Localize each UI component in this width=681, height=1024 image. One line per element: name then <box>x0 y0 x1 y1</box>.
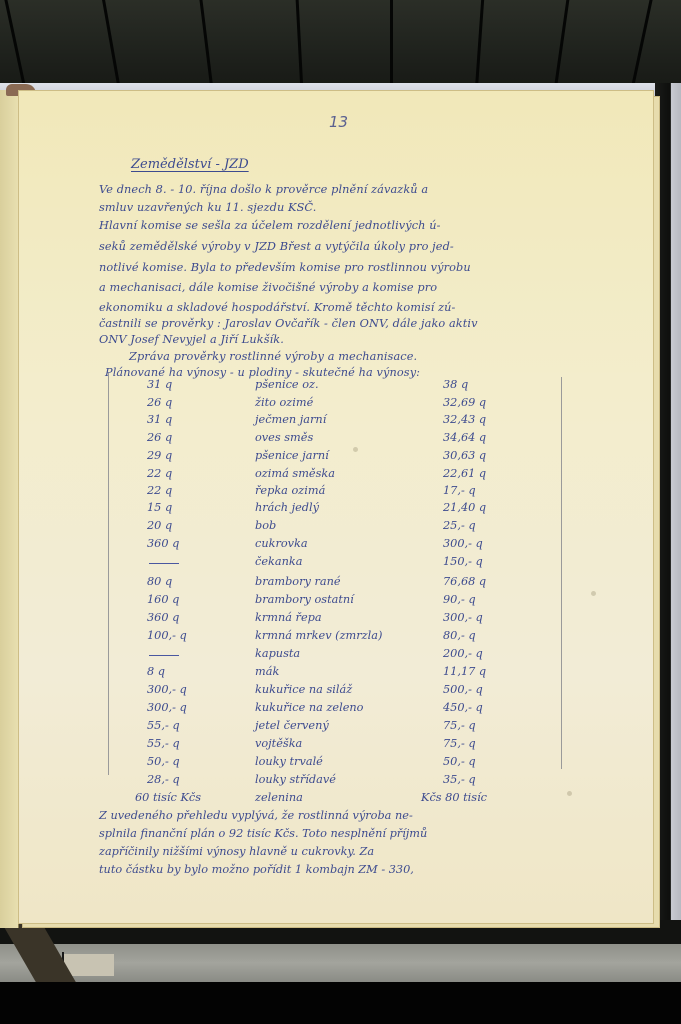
crop-name: pšenice oz. <box>255 378 455 391</box>
crop-name: žito ozimé <box>255 396 455 409</box>
planned-yield: 31 q <box>147 413 207 426</box>
crop-name: ječmen jarní <box>255 413 455 426</box>
planned-yield: 360 q <box>147 537 207 550</box>
intro-line: ekonomiku a skladové hospodářství. Kromě… <box>99 301 455 314</box>
table-row: 28,- qlouky střídavé35,- q <box>19 773 619 791</box>
intro-line: ONV Josef Nevyjel a Jiří Lukšík. <box>99 333 284 346</box>
actual-yield: 75,- q <box>443 719 523 732</box>
actual-yield: 34,64 q <box>443 431 523 444</box>
planned-yield: 100,- q <box>147 629 207 642</box>
ceiling-slat <box>295 0 304 86</box>
actual-yield: 50,- q <box>443 755 523 768</box>
empty-plan-dash <box>149 563 179 564</box>
ceiling-slat <box>552 0 570 86</box>
crop-name: brambory rané <box>255 575 455 588</box>
paper-stain <box>591 591 596 596</box>
paper-stain <box>567 791 572 796</box>
closing-line: tuto částku by bylo možno pořídit 1 komb… <box>99 863 414 876</box>
ceiling-slat <box>474 0 485 86</box>
table-row: 31 qpšenice oz.38 q <box>19 378 619 396</box>
planned-yield: 26 q <box>147 396 207 409</box>
actual-yield: 22,61 q <box>443 467 523 480</box>
table-row: 55,- qvojtěška75,- q <box>19 737 619 755</box>
page-number: 13 <box>329 113 348 131</box>
planned-yield: 29 q <box>147 449 207 462</box>
crop-name: jetel červený <box>255 719 455 732</box>
report-heading: Zpráva prověrky rostlinné výroby a mecha… <box>129 350 417 363</box>
actual-yield: 200,- q <box>443 647 523 660</box>
crop-name: kukuřice na siláž <box>255 683 455 696</box>
planned-yield: 26 q <box>147 431 207 444</box>
crop-name: ozimá směska <box>255 467 455 480</box>
intro-line: smluv uzavřených ku 11. sjezdu KSČ. <box>99 201 316 214</box>
table-row: 300,- qkukuřice na zeleno450,- q <box>19 701 619 719</box>
planned-yield: 22 q <box>147 467 207 480</box>
table-row: 20 qbob25,- q <box>19 519 619 537</box>
intro-line: Ve dnech 8. - 10. října došlo k prověrce… <box>99 183 428 196</box>
table-row: kapusta200,- q <box>19 647 619 665</box>
actual-yield: 30,63 q <box>443 449 523 462</box>
table-row: 50,- qlouky trvalé50,- q <box>19 755 619 773</box>
crop-name: hrách jedlý <box>255 501 455 514</box>
table-row: 8 qmák11,17 q <box>19 665 619 683</box>
actual-yield: 11,17 q <box>443 665 523 678</box>
closing-line: Z uvedeného přehledu vyplývá, že rostlin… <box>99 809 413 822</box>
planned-yield: 160 q <box>147 593 207 606</box>
actual-yield: 80,- q <box>443 629 523 642</box>
background-floor <box>0 982 681 1024</box>
actual-yield: 300,- q <box>443 611 523 624</box>
crop-name: mák <box>255 665 455 678</box>
actual-yield: 90,- q <box>443 593 523 606</box>
crop-name: louky střídavé <box>255 773 455 786</box>
paper-stain <box>353 447 358 452</box>
crop-name: brambory ostatní <box>255 593 455 606</box>
table-row: 360 qcukrovka300,- q <box>19 537 619 555</box>
intro-line: Hlavní komise se sešla za účelem rozděle… <box>99 219 441 232</box>
empty-plan-dash <box>149 655 179 656</box>
planned-yield: 360 q <box>147 611 207 624</box>
closing-line: zapříčinily nižšími výnosy hlavně u cukr… <box>99 845 374 858</box>
actual-yield: 38 q <box>443 378 523 391</box>
planned-yield: 60 tisíc Kčs <box>135 791 195 804</box>
planned-yield: 55,- q <box>147 737 207 750</box>
table-row: 31 qječmen jarní32,43 q <box>19 413 619 431</box>
planned-yield: 22 q <box>147 484 207 497</box>
crop-name: bob <box>255 519 455 532</box>
actual-yield: 32,69 q <box>443 396 523 409</box>
crop-name: cukrovka <box>255 537 455 550</box>
document-page: 13 Zemědělství - JZD Ve dnech 8. - 10. ř… <box>18 90 654 924</box>
crop-name: kukuřice na zeleno <box>255 701 455 714</box>
actual-yield: 25,- q <box>443 519 523 532</box>
ceiling-slat <box>198 0 214 86</box>
closing-line: splnila finanční plán o 92 tisíc Kčs. To… <box>99 827 427 840</box>
page-title: Zemědělství - JZD <box>131 157 249 172</box>
actual-yield: 500,- q <box>443 683 523 696</box>
crop-name: krmná řepa <box>255 611 455 624</box>
crop-name: oves směs <box>255 431 455 444</box>
intro-line: a mechanisaci, dále komise živočišné výr… <box>99 281 437 294</box>
actual-yield: 76,68 q <box>443 575 523 588</box>
crop-name: vojtěška <box>255 737 455 750</box>
table-row: 360 qkrmná řepa300,- q <box>19 611 619 629</box>
actual-yield: 32,43 q <box>443 413 523 426</box>
table-row: čekanka150,- q <box>19 555 619 573</box>
table-row: 22 qozimá směska22,61 q <box>19 467 619 485</box>
planned-yield: 31 q <box>147 378 207 391</box>
table-row: 55,- qjetel červený75,- q <box>19 719 619 737</box>
planned-yield: 55,- q <box>147 719 207 732</box>
intro-line: seků zemědělské výroby v JZD Břest a vyt… <box>99 240 454 253</box>
intro-line: častnili se prověrky : Jaroslav Ovčařík … <box>99 317 478 330</box>
ceiling-slat <box>100 0 122 86</box>
planned-yield: 50,- q <box>147 755 207 768</box>
table-row: 15 qhrách jedlý21,40 q <box>19 501 619 519</box>
ceiling-slat <box>390 0 393 86</box>
actual-yield: Kčs 80 tisíc <box>421 791 501 804</box>
table-row: 29 qpšenice jarní30,63 q <box>19 449 619 467</box>
actual-yield: 21,40 q <box>443 501 523 514</box>
actual-yield: 450,- q <box>443 701 523 714</box>
crop-name: krmná mrkev (zmrzla) <box>255 629 455 642</box>
facing-page-edge <box>0 90 19 928</box>
table-row: 22 qřepka ozimá17,- q <box>19 484 619 502</box>
table-row: 160 qbrambory ostatní90,- q <box>19 593 619 611</box>
table-row: 80 qbrambory rané76,68 q <box>19 575 619 593</box>
crop-name: řepka ozimá <box>255 484 455 497</box>
planned-yield: 8 q <box>147 665 207 678</box>
table-row: 300,- qkukuřice na siláž500,- q <box>19 683 619 701</box>
ceiling-slat <box>629 0 655 86</box>
crop-name: kapusta <box>255 647 455 660</box>
table-row: 26 qoves směs34,64 q <box>19 431 619 449</box>
planned-yield: 15 q <box>147 501 207 514</box>
actual-yield: 17,- q <box>443 484 523 497</box>
planned-yield: 300,- q <box>147 701 207 714</box>
table-row: 26 qžito ozimé32,69 q <box>19 396 619 414</box>
table-row: 100,- qkrmná mrkev (zmrzla)80,- q <box>19 629 619 647</box>
planned-yield: 80 q <box>147 575 207 588</box>
intro-line: notlivé komise. Byla to především komise… <box>99 261 471 274</box>
crop-name: louky trvalé <box>255 755 455 768</box>
background-ceiling <box>0 0 681 86</box>
actual-yield: 75,- q <box>443 737 523 750</box>
table-row: 60 tisíc KčszeleninaKčs 80 tisíc <box>19 791 619 809</box>
crop-name: čekanka <box>255 555 455 568</box>
ceiling-slat <box>3 0 29 86</box>
exhibit-label <box>64 954 114 976</box>
actual-yield: 300,- q <box>443 537 523 550</box>
planned-yield: 20 q <box>147 519 207 532</box>
actual-yield: 35,- q <box>443 773 523 786</box>
planned-yield: 28,- q <box>147 773 207 786</box>
planned-yield: 300,- q <box>147 683 207 696</box>
actual-yield: 150,- q <box>443 555 523 568</box>
